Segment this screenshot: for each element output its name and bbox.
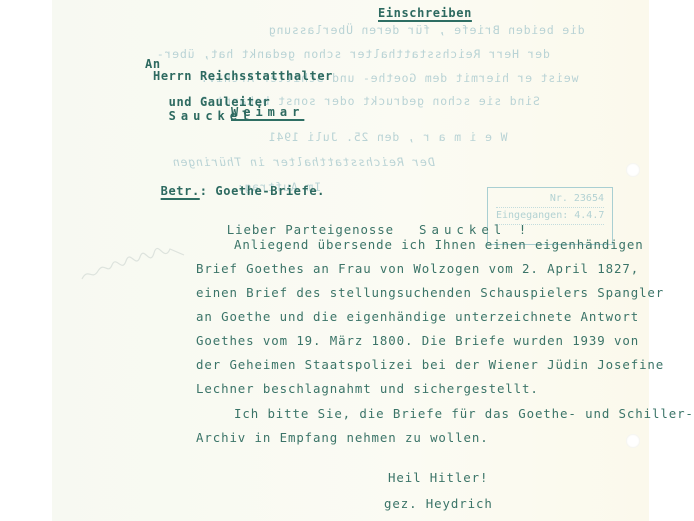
subject-line: Betr.: Goethe-Briefe. <box>145 170 325 198</box>
subject-text: : Goethe-Briefe. <box>200 184 325 198</box>
salutation-name: Sauckel ! <box>419 222 531 237</box>
punch-hole-top <box>626 163 640 177</box>
signature: gez. Heydrich <box>384 497 493 511</box>
body-line: der Geheimen Staatspolizei bei der Wiene… <box>196 358 664 372</box>
closing: Heil Hitler! <box>388 471 488 485</box>
subject-label: Betr. <box>161 184 200 198</box>
body-line: an Goethe und die eigenhändige unterzeic… <box>196 310 639 324</box>
pencil-signature-mark <box>80 245 190 285</box>
bleed-through-line: die beiden Briefe , für deren Überlassun… <box>268 23 585 37</box>
body-line: Ich bitte Sie, die Briefe für das Goethe… <box>234 407 694 421</box>
salutation-text: Lieber Parteigenosse <box>227 222 394 237</box>
bleed-through-line: W e i m a r , den 25. Juli 1941 <box>268 130 507 144</box>
body-line: Brief Goethes an Frau von Wolzogen vom 2… <box>196 262 639 276</box>
recipient-city: Weimar <box>231 105 304 119</box>
body-line: Archiv in Empfang nehmen zu wollen. <box>196 431 489 445</box>
body-line: Goethes vom 19. März 1800. Die Briefe wu… <box>196 334 639 348</box>
body-line: Anliegend übersende ich Ihnen einen eige… <box>234 238 644 252</box>
body-line: einen Brief des stellungsuchenden Schaus… <box>196 286 664 300</box>
stamp-number: Nr. 23654 <box>496 193 604 208</box>
registered-mail-label: Einschreiben <box>378 6 472 20</box>
bleed-through-line: Der Reichsstatthalter in Thüringen <box>172 155 435 169</box>
body-line: Lechner beschlagnahmt und sichergestellt… <box>196 382 539 396</box>
bleed-through-line: der Herr Reichsstatthalter schon gedankt… <box>156 47 550 61</box>
punch-hole-bottom <box>626 434 640 448</box>
salutation: Lieber Parteigenosse Sauckel ! <box>210 209 531 237</box>
